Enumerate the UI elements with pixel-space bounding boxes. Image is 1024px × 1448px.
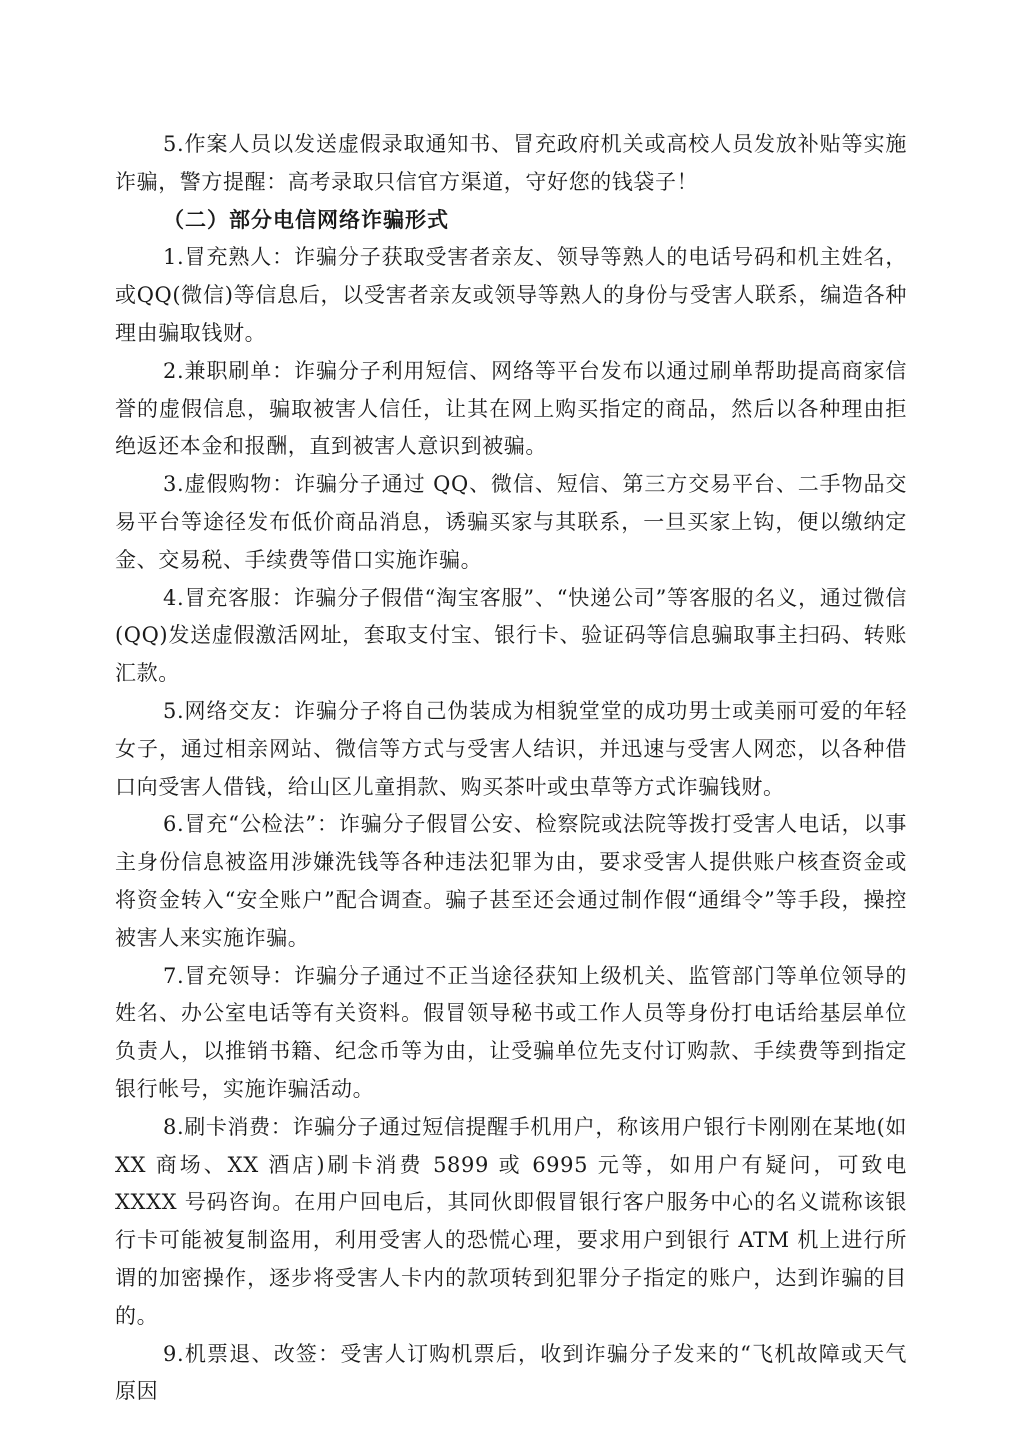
fraud-item-7: 7.冒充领导：诈骗分子通过不正当途径获知上级机关、监管部门等单位领导的姓名、办公… <box>115 958 907 1109</box>
fraud-item-4: 4.冒充客服：诈骗分子假借“淘宝客服”、“快递公司”等客服的名义，通过微信(QQ… <box>115 580 907 693</box>
intro-paragraph: 5.作案人员以发送虚假录取通知书、冒充政府机关或高校人员发放补贴等实施诈骗，警方… <box>115 126 907 202</box>
fraud-item-2: 2.兼职刷单：诈骗分子利用短信、网络等平台发布以通过刷单帮助提高商家信誉的虚假信… <box>115 353 907 466</box>
fraud-item-1: 1.冒充熟人：诈骗分子获取受害者亲友、领导等熟人的电话号码和机主姓名，或QQ(微… <box>115 239 907 352</box>
fraud-item-3: 3.虚假购物：诈骗分子通过 QQ、微信、短信、第三方交易平台、二手物品交易平台等… <box>115 466 907 579</box>
fraud-item-8: 8.刷卡消费：诈骗分子通过短信提醒手机用户，称该用户银行卡刚刚在某地(如 XX … <box>115 1109 907 1336</box>
section-heading: （二）部分电信网络诈骗形式 <box>115 202 907 240</box>
document-page: 5.作案人员以发送虚假录取通知书、冒充政府机关或高校人员发放补贴等实施诈骗，警方… <box>115 126 907 1411</box>
fraud-item-9: 9.机票退、改签：受害人订购机票后，收到诈骗分子发来的“飞机故障或天气原因 <box>115 1336 907 1412</box>
fraud-item-5: 5.网络交友：诈骗分子将自己伪装成为相貌堂堂的成功男士或美丽可爱的年轻女子，通过… <box>115 693 907 806</box>
fraud-item-6: 6.冒充“公检法”：诈骗分子假冒公安、检察院或法院等拨打受害人电话，以事主身份信… <box>115 806 907 957</box>
